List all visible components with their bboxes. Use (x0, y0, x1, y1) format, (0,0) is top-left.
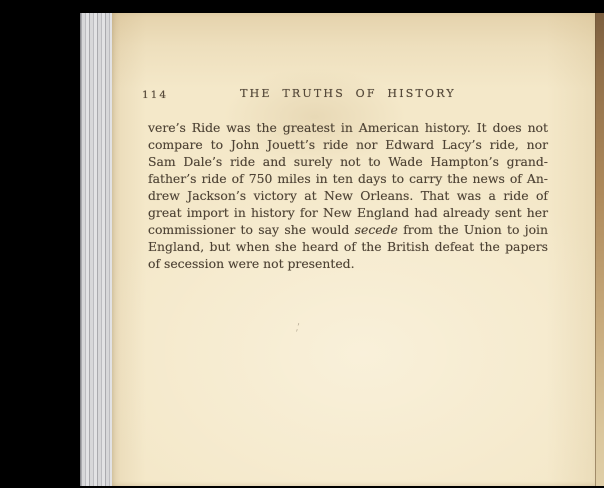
page-header: 114 THE TRUTHS OF HISTORY (148, 87, 548, 102)
pencil-mark: ,’ (294, 322, 302, 333)
viewer-background: { "document": { "page_number": "114", "r… (0, 0, 604, 488)
body-paragraph: vere’s Ride was the greatest in American… (148, 119, 548, 272)
page-edge-stripes (80, 13, 112, 486)
body-line-text: commissioner to say she would (148, 222, 349, 237)
body-line-text: from the Union to join (403, 222, 548, 237)
italic-word: secede (355, 222, 398, 237)
body-line: vere’s Ride was the greatest in American… (148, 119, 548, 136)
body-line: commissioner to say she would secede fro… (148, 221, 548, 238)
running-title: THE TRUTHS OF HISTORY (148, 87, 548, 100)
body-line: England, but when she heard of the Briti… (148, 238, 548, 255)
page-number: 114 (142, 89, 168, 101)
body-line: great import in history for New England … (148, 204, 548, 221)
body-line: father’s ride of 750 miles in ten days t… (148, 170, 548, 187)
page-fore-edge (595, 13, 604, 486)
body-line: compare to John Jouett’s ride nor Edward… (148, 136, 548, 153)
body-line: drew Jackson’s victory at New Orleans. T… (148, 187, 548, 204)
book-page-scan: 114 THE TRUTHS OF HISTORY vere’s Ride wa… (80, 13, 604, 486)
body-line: Sam Dale’s ride and surely not to Wade H… (148, 153, 548, 170)
book-page: 114 THE TRUTHS OF HISTORY vere’s Ride wa… (112, 13, 595, 486)
body-line: of secession were not presented. (148, 255, 548, 272)
